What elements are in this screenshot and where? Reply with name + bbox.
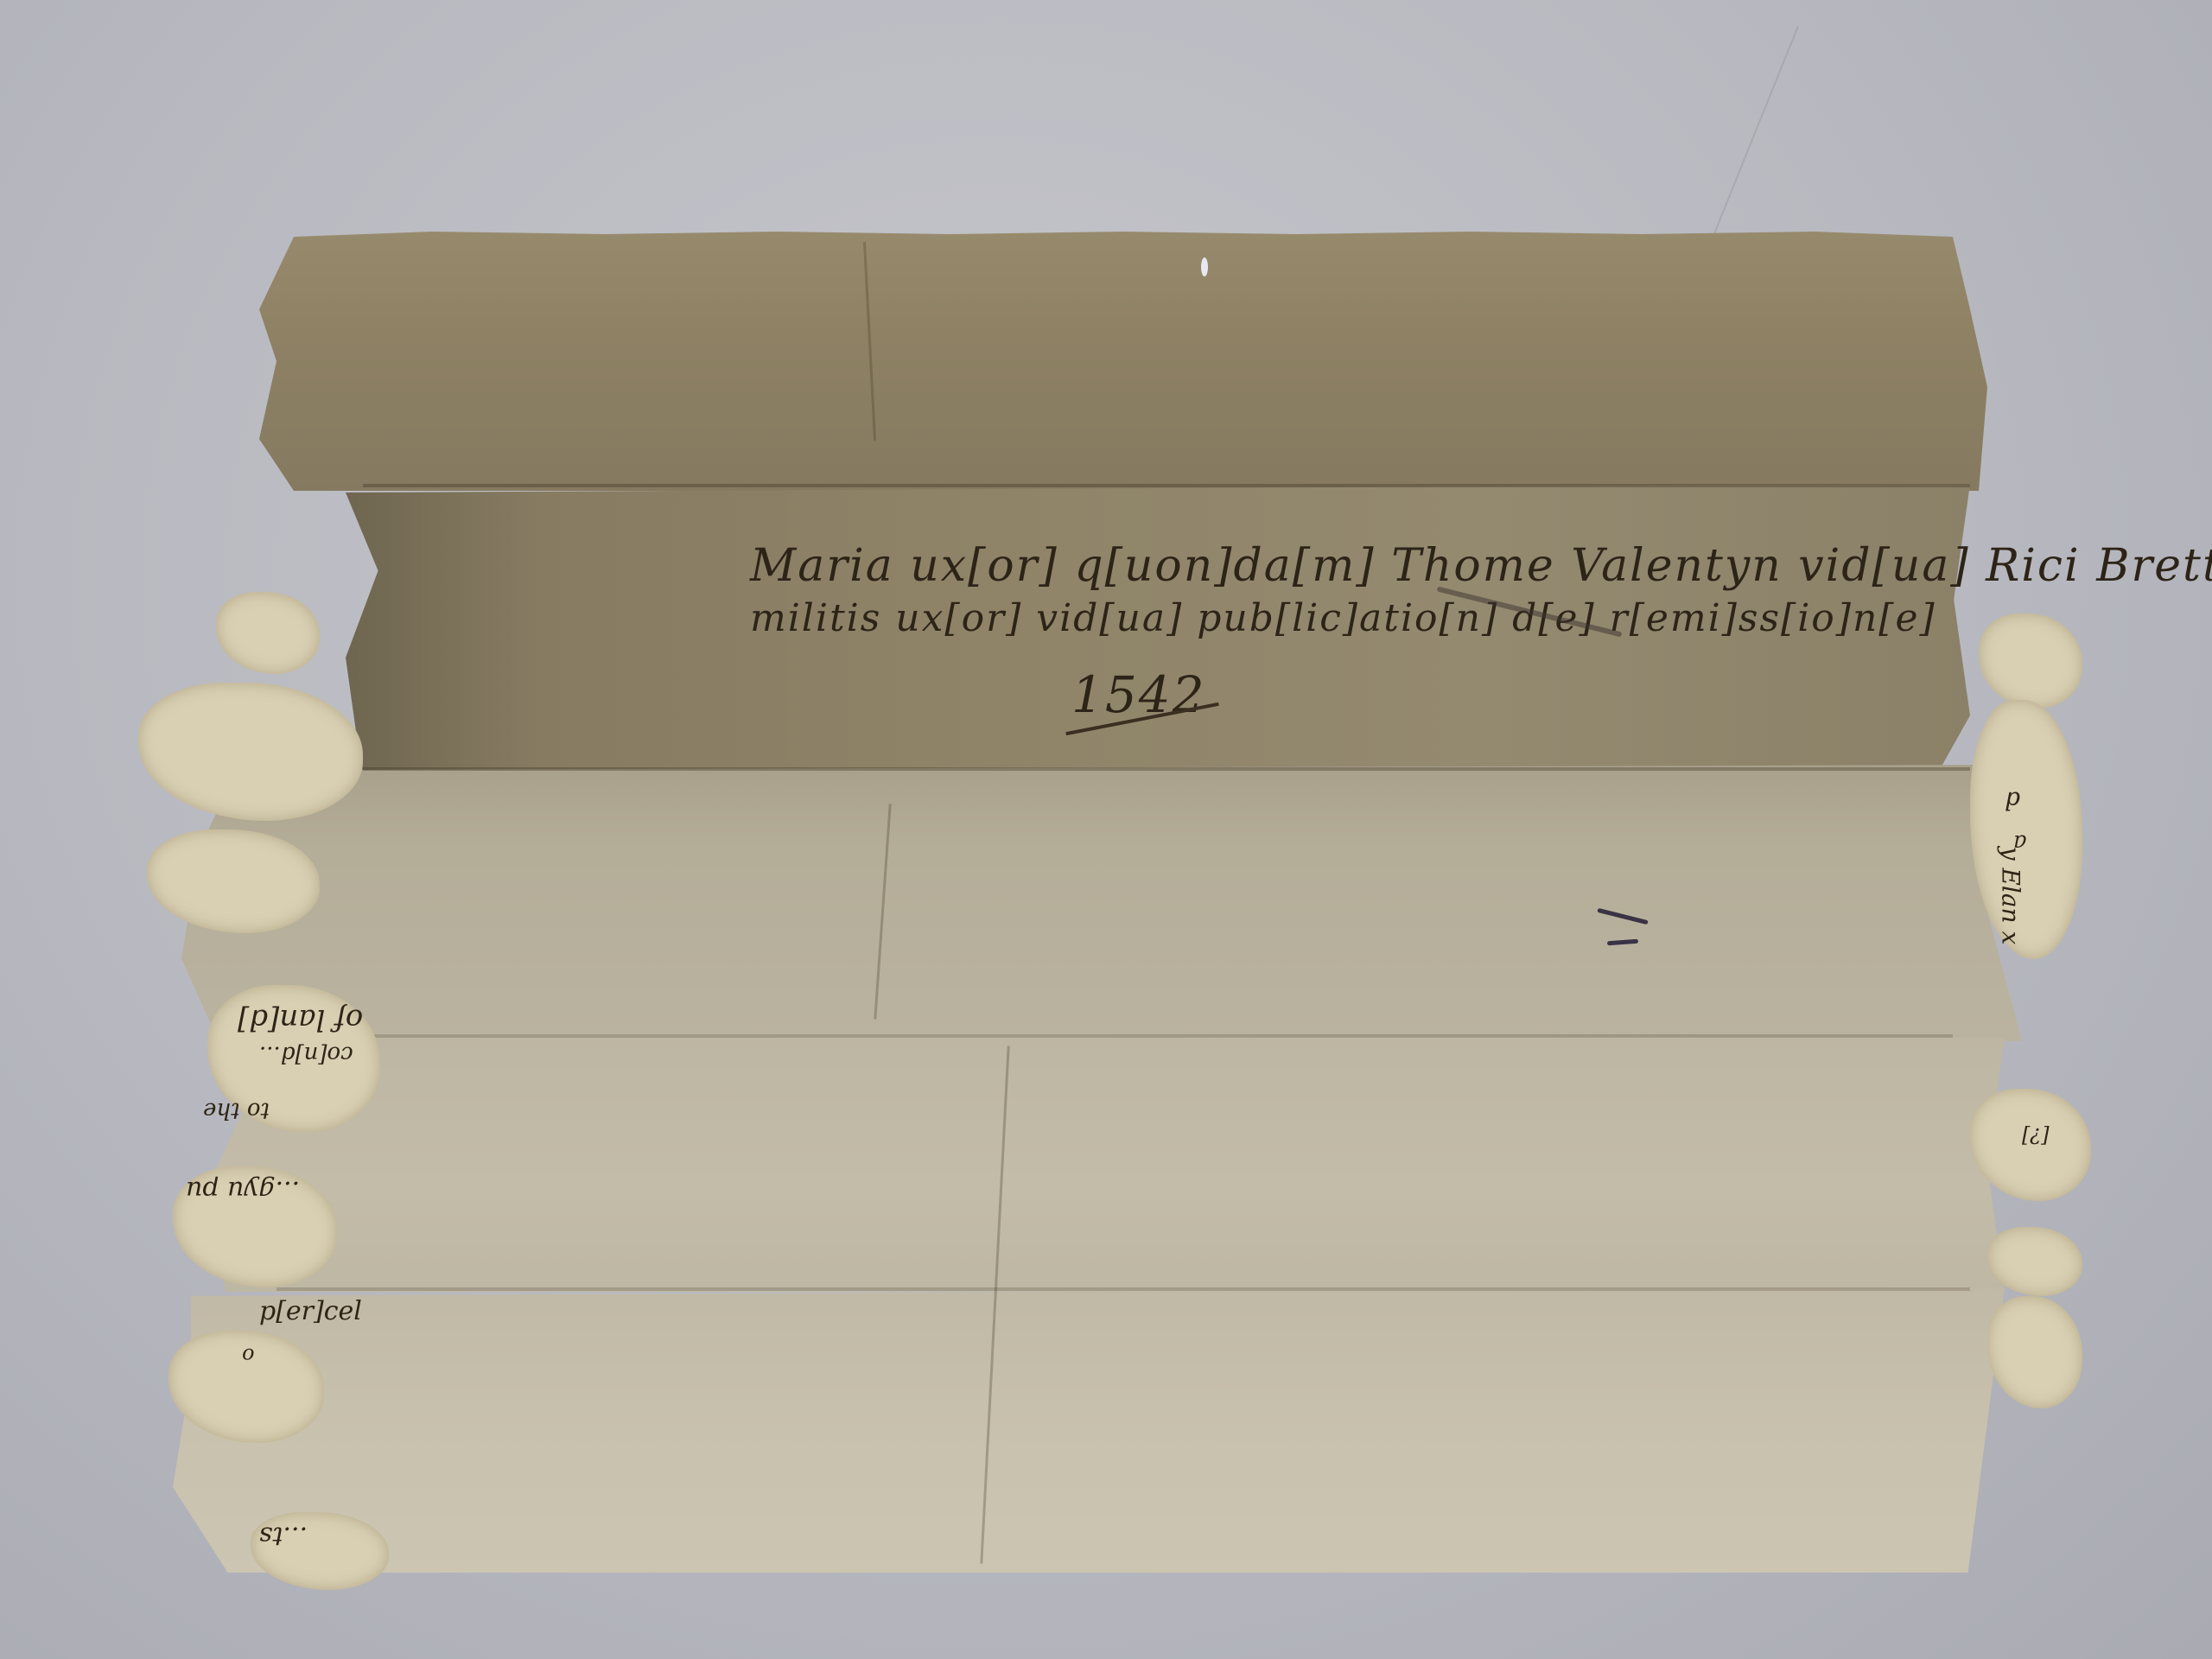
parchment-fold-panel-3: [181, 765, 2022, 1041]
fragment-text: ...gyu pu: [186, 1175, 300, 1205]
fragment-text: to the: [203, 1097, 270, 1123]
manuscript-document: of lan[d] co[n]d... to the ...gyu pu p[e…: [0, 0, 2212, 1659]
torn-fragment: [1987, 1296, 2082, 1408]
torn-fragment: [1979, 613, 2082, 709]
parchment-fold-panel-5: [173, 1287, 2005, 1573]
torn-fragment: [216, 592, 320, 674]
endorsement-year: 1542: [1071, 665, 1206, 724]
torn-fragment: [138, 683, 363, 821]
fold-line: [363, 767, 1970, 771]
fragment-text: co[n]d...: [259, 1041, 353, 1067]
fold-line: [363, 484, 1970, 487]
torn-fragment: [147, 829, 320, 933]
fragment-text: ...ts: [259, 1521, 308, 1551]
fragment-text: o: [242, 1344, 254, 1368]
fragment-text: of lan[d]: [238, 1002, 363, 1037]
fragment-text: y Elan x: [1996, 847, 2024, 945]
fold-line: [276, 1287, 1970, 1291]
endorsement-line-2: militis ux[or] vid[ua] pub[lic]atio[n] d…: [750, 596, 1936, 640]
fragment-text: p[er]cel: [259, 1296, 362, 1326]
fragment-text: d: [2005, 786, 2020, 815]
fragment-text: [?]: [2022, 1123, 2050, 1147]
pinhole: [1201, 257, 1208, 276]
endorsement-line-1: Maria ux[or] q[uon]da[m] Thome Valentyn …: [750, 540, 2212, 592]
fold-line: [259, 1034, 1953, 1038]
parchment-fold-panel-1: [259, 232, 1987, 491]
parchment-fold-panel-4: [207, 1033, 2005, 1292]
